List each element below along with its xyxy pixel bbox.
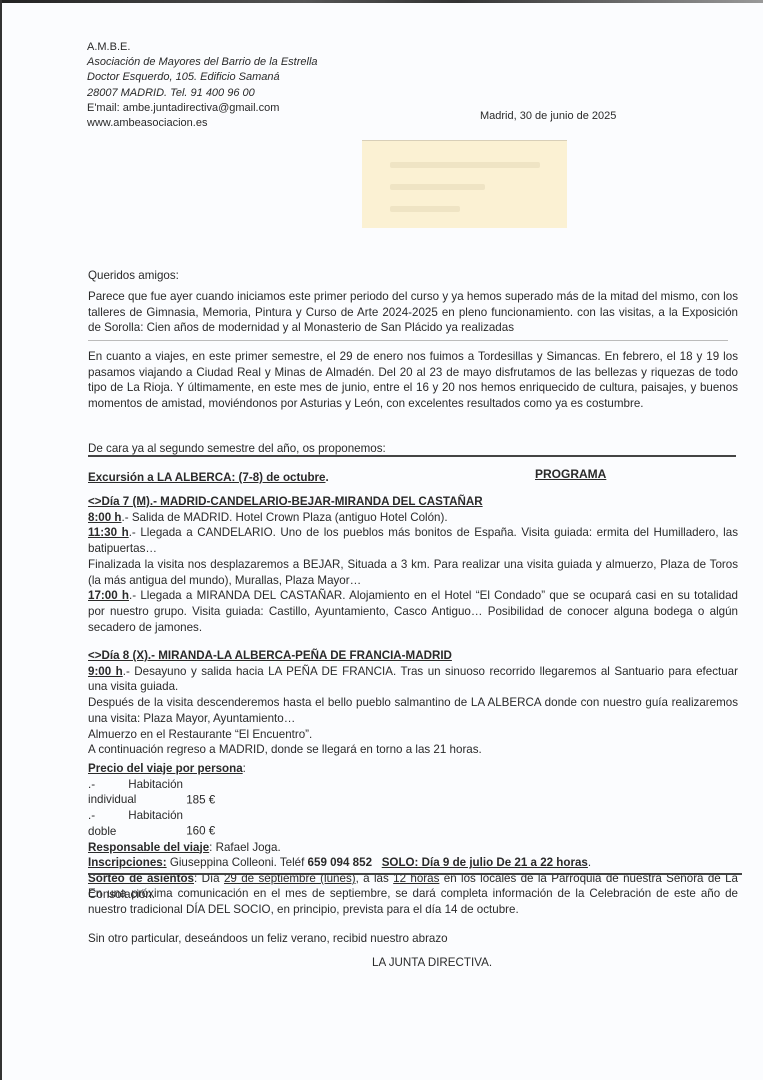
divider bbox=[88, 455, 736, 457]
sender-address: Doctor Esquerdo, 105. Edificio Samaná bbox=[87, 70, 318, 85]
excursion-title: Excursión a LA ALBERCA: (7-8) de octubre… bbox=[88, 470, 738, 486]
day1-item: 8:00 h.- Salida de MADRID. Hotel Crown P… bbox=[88, 510, 738, 526]
address-label-sticker bbox=[362, 140, 567, 228]
registration: Inscripciones: Giuseppina Colleoni. Telé… bbox=[88, 855, 738, 871]
day2-item: Almuerzo en el Restaurante “El Encuentro… bbox=[88, 727, 738, 743]
day1-section: <>Día 7 (M).- MADRID-CANDELARIO-BEJAR-MI… bbox=[88, 494, 738, 635]
day1-item: 11:30 h.- Llegada a CANDELARIO. Uno de l… bbox=[88, 525, 738, 556]
responsible: Responsable del viaje: Rafael Joga. bbox=[88, 840, 738, 856]
paragraph-trips: En cuanto a viajes, en este primer semes… bbox=[88, 349, 738, 412]
day2-item: 9:00 h.- Desayuno y salida hacia LA PEÑA… bbox=[88, 664, 738, 695]
price-double: .- Habitación doble 160 € bbox=[88, 808, 738, 839]
sender-city-phone: 28007 MADRID. Tel. 91 400 96 00 bbox=[87, 86, 318, 101]
details-section: Precio del viaje por persona: .- Habitac… bbox=[88, 761, 738, 902]
program-heading: PROGRAMA bbox=[535, 467, 606, 481]
scan-edge-top bbox=[0, 0, 763, 3]
day2-item: A continuación regreso a MADRID, donde s… bbox=[88, 742, 738, 758]
day1-item: Finalizada la visita nos desplazaremos a… bbox=[88, 557, 738, 588]
divider bbox=[88, 340, 728, 341]
sender-block: A.M.B.E. Asociación de Mayores del Barri… bbox=[87, 40, 318, 131]
day2-item: Después de la visita descenderemos hasta… bbox=[88, 695, 738, 726]
sender-web: www.ambeasociacion.es bbox=[87, 116, 318, 131]
day1-heading: <>Día 7 (M).- MADRID-CANDELARIO-BEJAR-MI… bbox=[88, 494, 738, 510]
scan-edge-left bbox=[0, 0, 2, 1080]
sender-email: E'mail: ambe.juntadirectiva@gmail.com bbox=[87, 101, 318, 116]
letter-date: Madrid, 30 de junio de 2025 bbox=[480, 110, 616, 122]
sender-name: Asociación de Mayores del Barrio de la E… bbox=[87, 55, 318, 70]
day2-section: <>Día 8 (X).- MIRANDA-LA ALBERCA-PEÑA DE… bbox=[88, 648, 738, 758]
closing-farewell: Sin otro particular, deseándoos un feliz… bbox=[88, 931, 738, 947]
closing-paragraph: En una próxima comunicación en el mes de… bbox=[88, 886, 738, 917]
sender-org: A.M.B.E. bbox=[87, 40, 318, 55]
day2-heading: <>Día 8 (X).- MIRANDA-LA ALBERCA-PEÑA DE… bbox=[88, 648, 738, 664]
signature: LA JUNTA DIRECTIVA. bbox=[372, 956, 492, 969]
greeting: Queridos amigos: bbox=[88, 268, 738, 284]
price-single: .- Habitación individual 185 € bbox=[88, 777, 738, 808]
paragraph-courses: Parece que fue ayer cuando iniciamos est… bbox=[88, 289, 738, 336]
price-heading: Precio del viaje por persona: bbox=[88, 761, 738, 777]
day1-item: 17:00 h.- Llegada a MIRANDA DEL CASTAÑAR… bbox=[88, 588, 738, 635]
divider bbox=[88, 873, 742, 875]
